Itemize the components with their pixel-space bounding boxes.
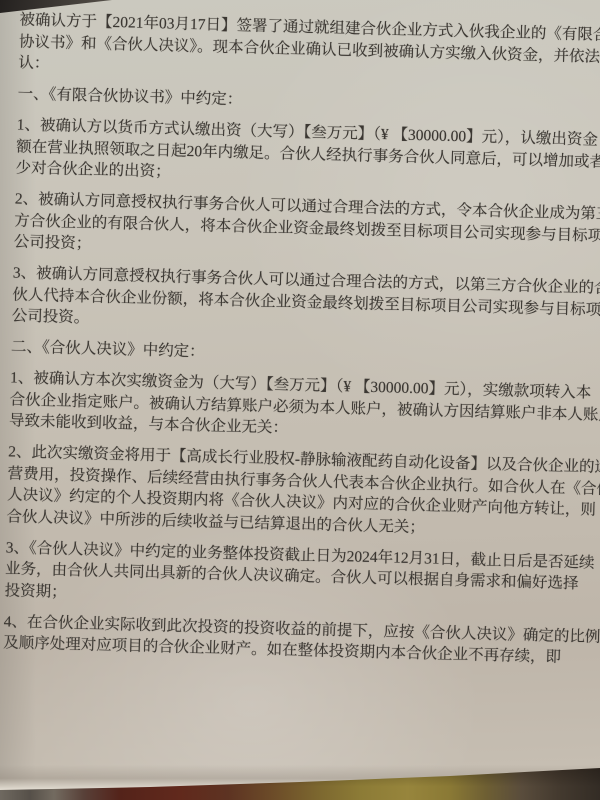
document-text: 被确认方于【2021年03月17日】签署了通过就组建合伙企业方式入伙我企业的《有… <box>0 0 600 680</box>
paragraph: 2、被确认方同意授权执行事务合伙人可以通过合理合法的方式，令本合伙企业成为第三方… <box>13 188 600 269</box>
paragraph: 3、《合伙人决议》中约定的业务整体投资截止日为2024年12月31日，截止日后是… <box>4 537 600 618</box>
paragraph: 3、被确认方同意授权执行事务合伙人可以通过合理合法的方式，以第三方合伙企业的合伙… <box>12 262 600 343</box>
paragraph: 1、被确认方以货币方式认缴出资（大写）【叁万元】（¥ 【30000.00】元），… <box>15 115 600 196</box>
paragraph: 4、在合伙企业实际收到此次投资的投资收益的前提下，应按《合伙人决议》确定的比例及… <box>3 611 600 671</box>
paragraph: 被确认方于【2021年03月17日】签署了通过就组建合伙企业方式入伙我企业的《有… <box>18 10 600 91</box>
photo-frame: 被确认方于【2021年03月17日】签署了通过就组建合伙企业方式入伙我企业的《有… <box>0 0 600 800</box>
paragraph: 2、此次实缴资金将用于【高成长行业股权-静脉输液配药自动化设备】以及合伙企业的运… <box>6 441 600 544</box>
paper-sheet: 被确认方于【2021年03月17日】签署了通过就组建合伙企业方式入伙我企业的《有… <box>0 0 600 800</box>
paragraph: 1、被确认方本次实缴资金为（大写）【叁万元】（¥ 【30000.00】元），实缴… <box>9 367 600 448</box>
